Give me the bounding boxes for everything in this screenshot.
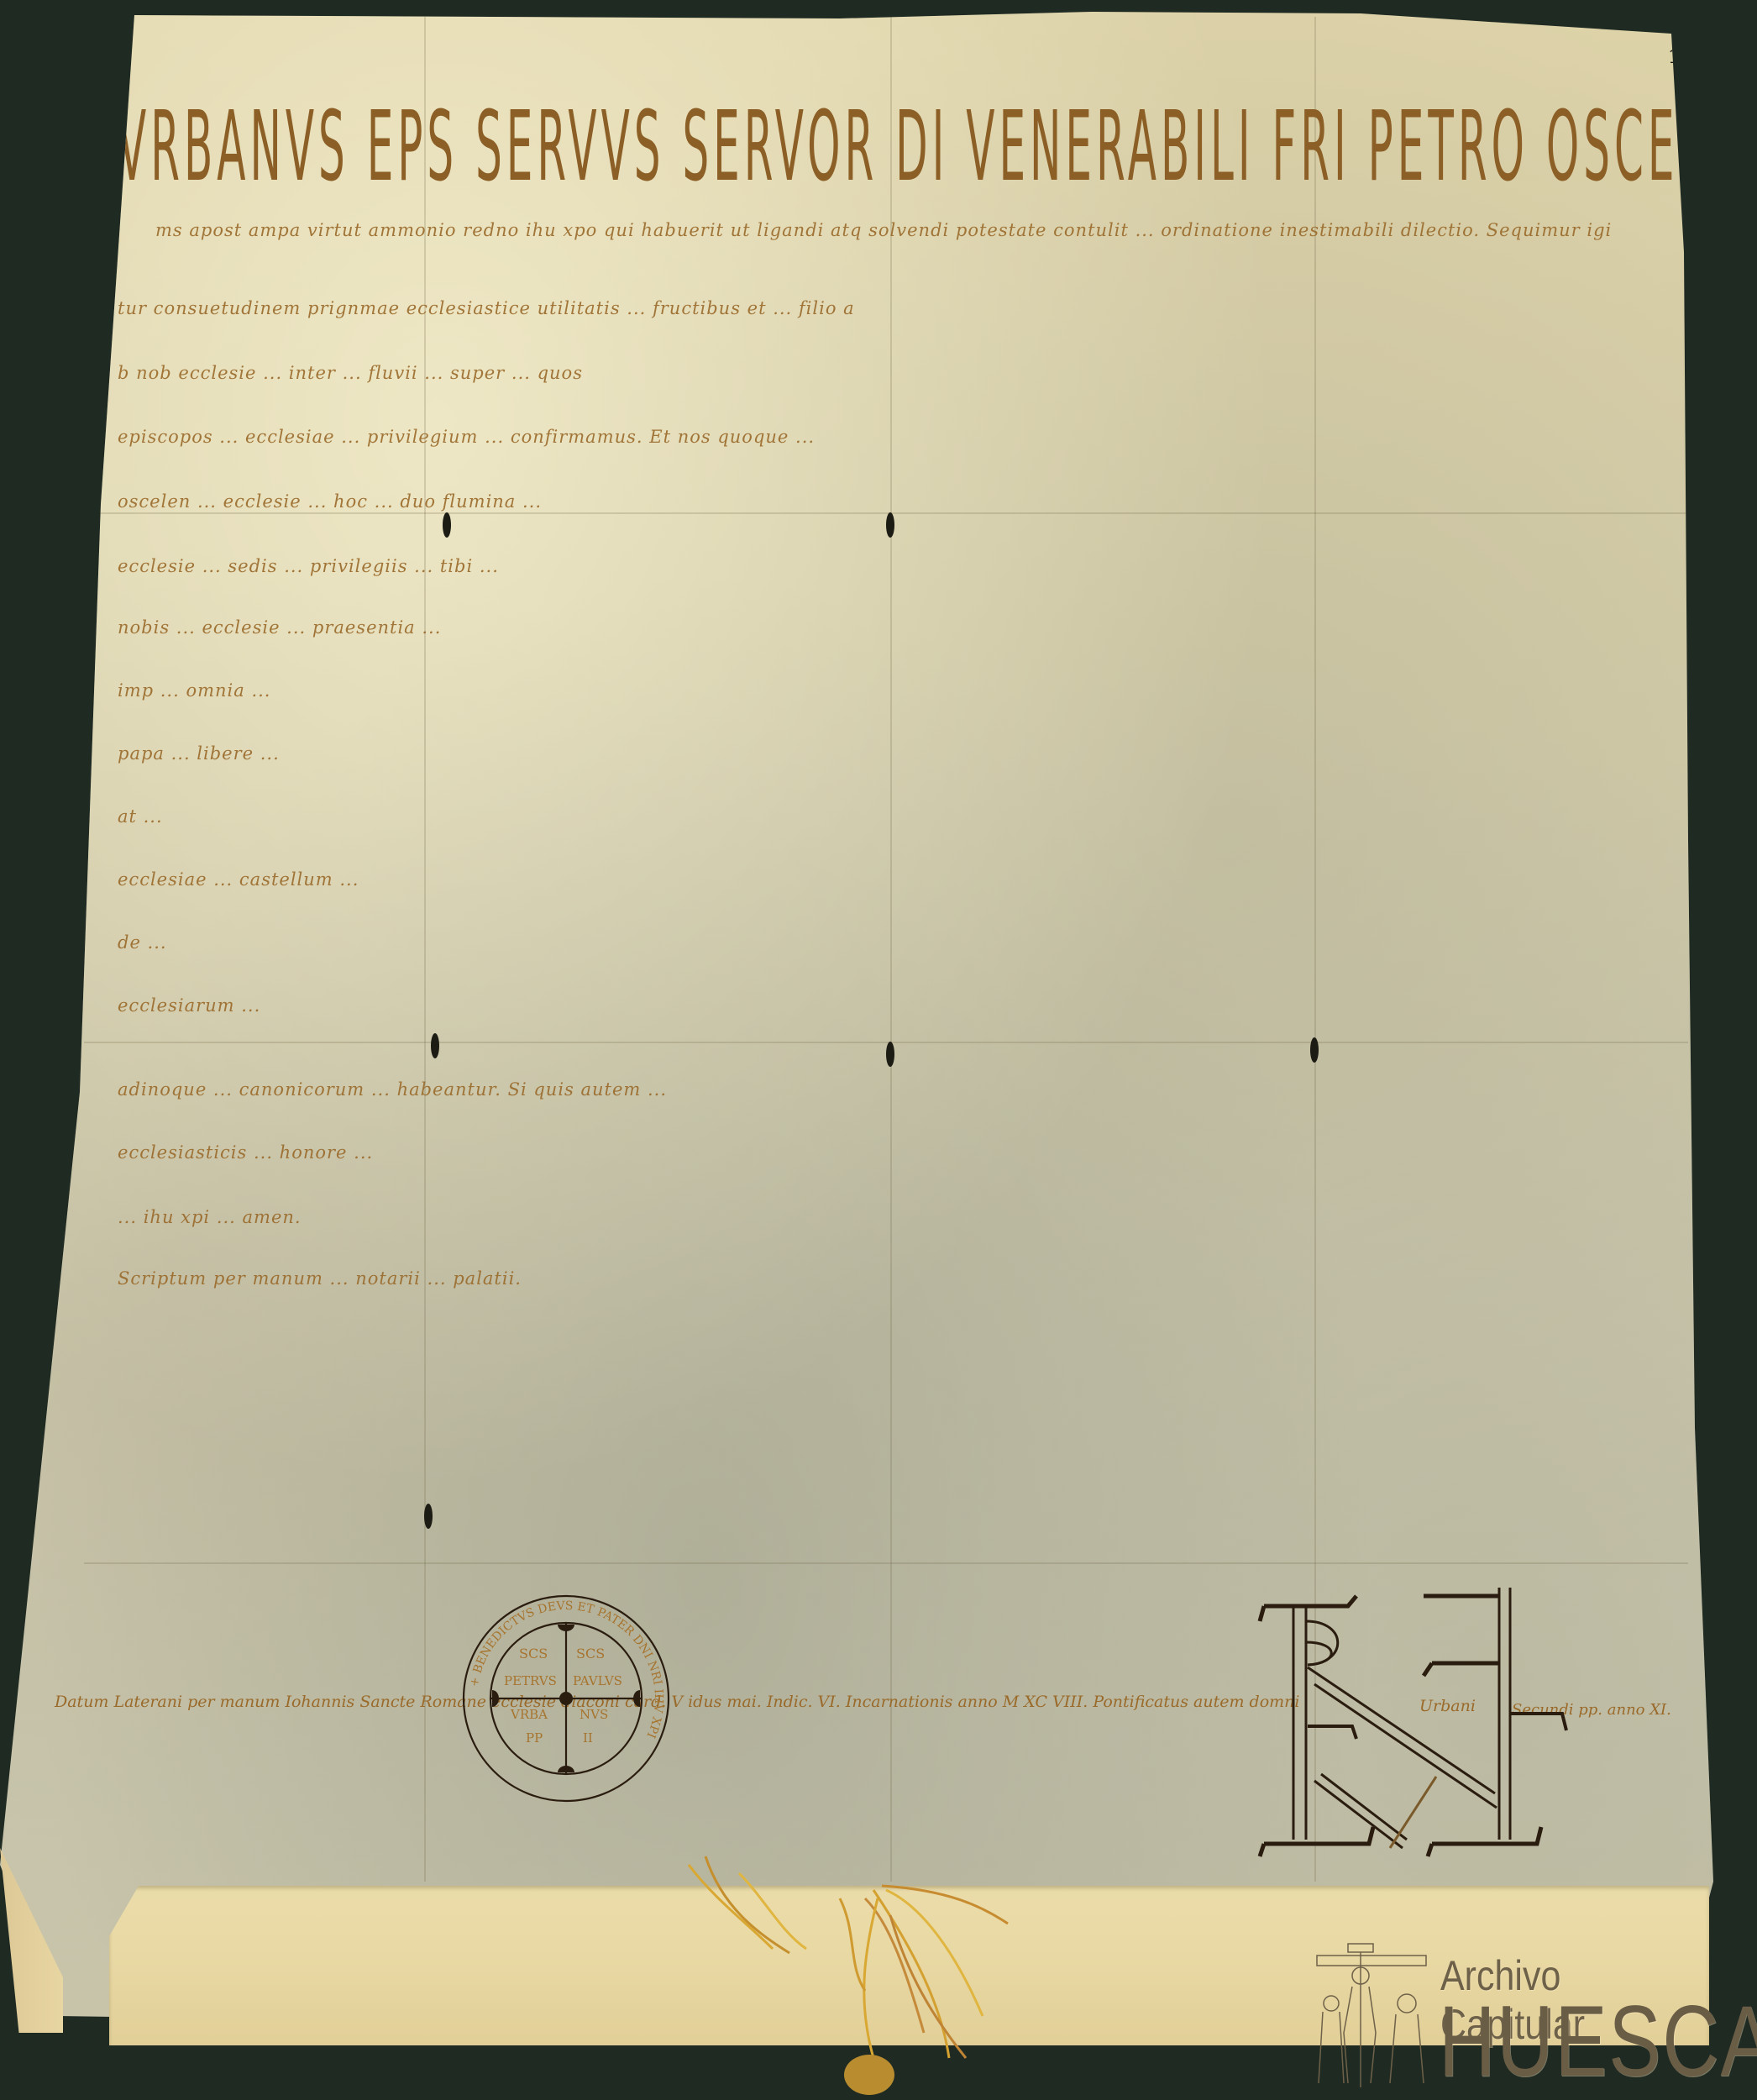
text-line: ... ihu xpi ... amen. (118, 1207, 302, 1227)
svg-text:PP: PP (526, 1730, 543, 1746)
text-line: imp ... omnia ... (118, 680, 270, 701)
text-line: ecclesie ... sedis ... privilegiis ... t… (118, 556, 499, 576)
text-line: tur consuetudinem prignmae ecclesiastice… (118, 298, 855, 318)
text-line: ecclesiae ... castellum ... (118, 869, 359, 890)
fold-hole (1310, 1037, 1319, 1063)
text-line: ms apost ampa virtut ammonio redno ihu x… (155, 220, 1612, 240)
fold-hole (443, 512, 451, 538)
archive-watermark-city: HUESCA (1439, 1991, 1757, 2092)
benevalete-monogram (1256, 1588, 1575, 1865)
fold-hole (431, 1033, 439, 1058)
svg-text:II: II (583, 1730, 593, 1746)
fold-line (84, 512, 1688, 514)
text-line: oscelen ... ecclesie ... hoc ... duo flu… (118, 491, 542, 512)
text-line: episcopos ... ecclesiae ... privilegium … (118, 427, 815, 447)
svg-text:SCS: SCS (576, 1646, 605, 1662)
text-line: ecclesiasticis ... honore ... (118, 1142, 373, 1163)
fold-hole (886, 512, 894, 538)
text-line: adinoque ... canonicorum ... habeantur. … (118, 1079, 667, 1100)
text-line: nobis ... ecclesie ... praesentia ... (118, 617, 441, 638)
svg-text:SCS: SCS (519, 1646, 548, 1662)
text-line: papa ... libere ... (118, 743, 280, 764)
rota-seal-drawing: SCS SCS PETRVS PAVLVS VRBA NVS PP II + B… (460, 1593, 672, 1804)
elongated-script-heading: VRBANVS EPS SERVVS SERVOR DI VENERABILI … (118, 91, 1757, 202)
fold-line (84, 1042, 1688, 1043)
fold-line (424, 17, 426, 1882)
svg-text:PETRVS: PETRVS (504, 1673, 557, 1688)
text-line: ecclesiarum ... (118, 995, 260, 1016)
text-line: at ... (118, 806, 163, 827)
fold-hole (424, 1504, 433, 1529)
fold-line (84, 1562, 1688, 1564)
fold-line (890, 17, 892, 1882)
text-line: b nob ecclesie ... inter ... fluvii ... … (118, 363, 583, 383)
silk-cord-threads (588, 1806, 1176, 2100)
crucifixion-logo-icon (1310, 1940, 1436, 2087)
text-line: de ... (118, 932, 167, 953)
svg-text:VRBA: VRBA (510, 1707, 548, 1722)
datum-line: Datum Laterani per manum Iohannis Sancte… (55, 1693, 1299, 1711)
svg-text:PAVLVS: PAVLVS (573, 1673, 622, 1688)
fold-hole (886, 1042, 894, 1067)
svg-text:NVS: NVS (580, 1707, 608, 1722)
text-line: Scriptum per manum ... notarii ... palat… (118, 1268, 522, 1289)
